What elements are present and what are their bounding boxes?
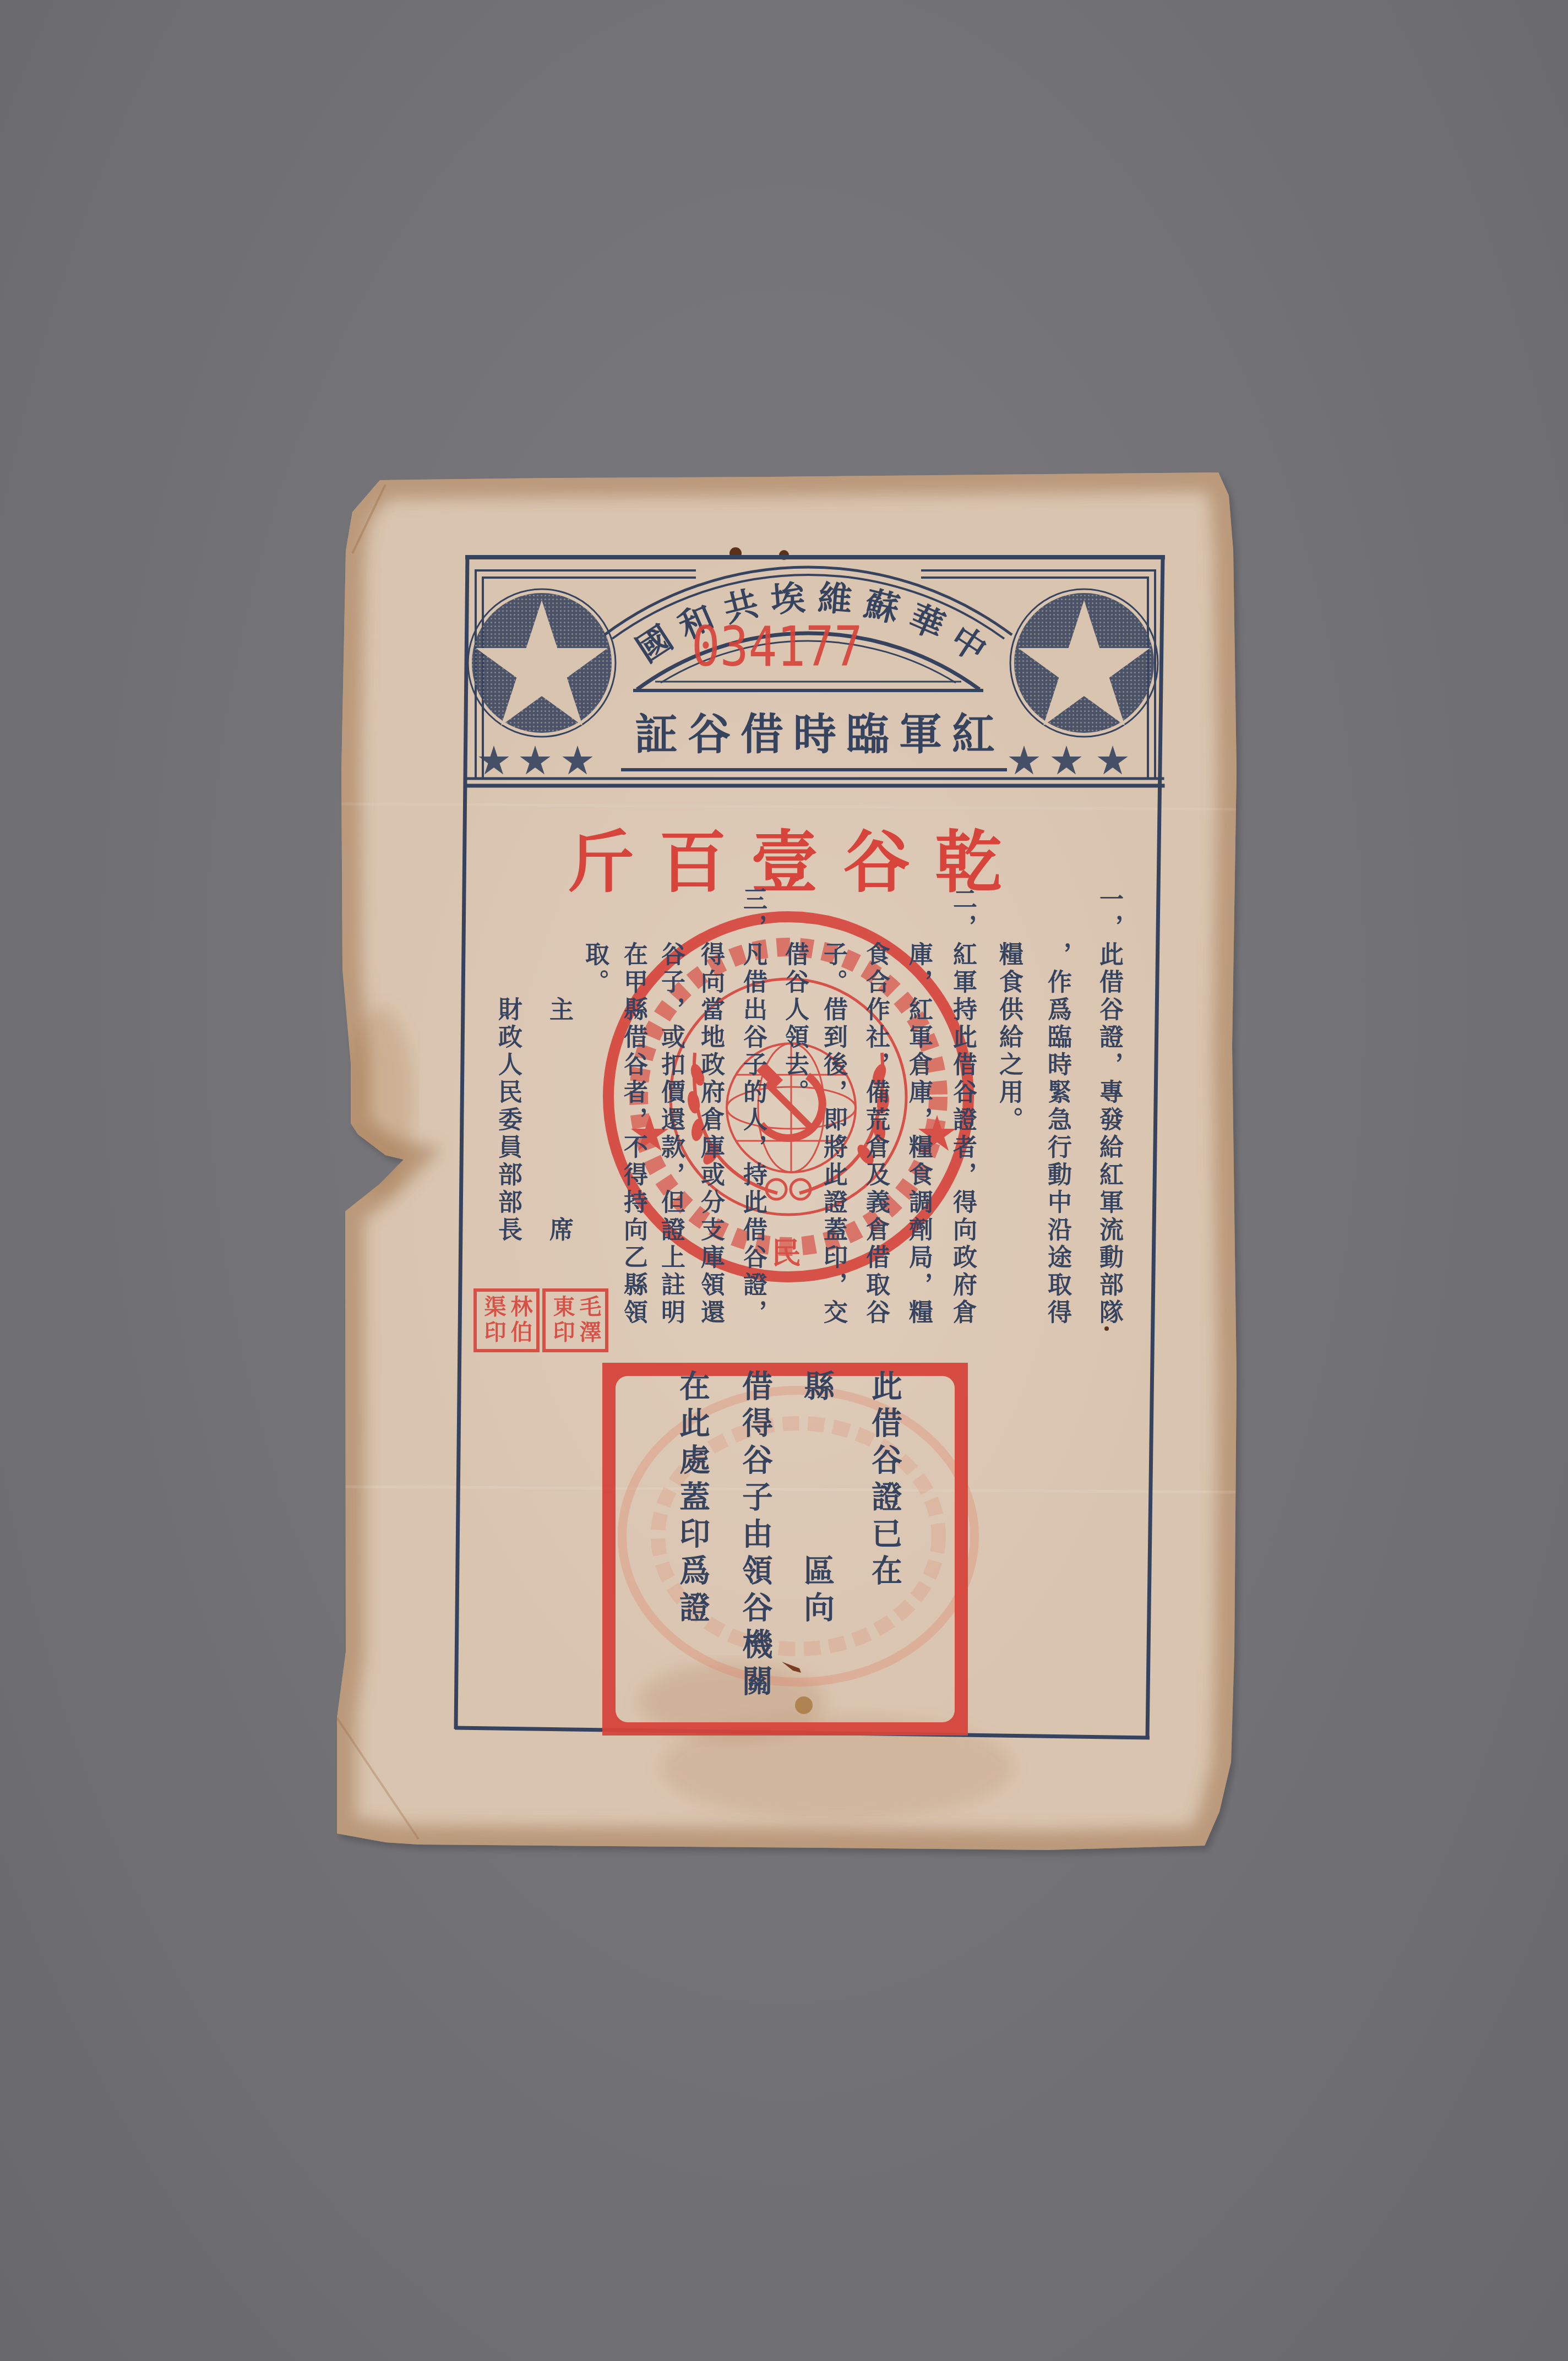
serial-number: 034177 xyxy=(692,619,863,674)
arch-title-char: 埃 xyxy=(767,579,808,619)
stain-spot xyxy=(795,1696,813,1714)
receipt-line-1: 此借谷證已在 xyxy=(868,1370,901,1591)
clause-2-line-5: 借谷人領去。 xyxy=(782,942,807,1107)
certificate-artwork: 民 xyxy=(0,0,1568,2361)
seal-legible-char: 民 xyxy=(771,1236,801,1271)
emblem-star-left-icon xyxy=(468,589,616,737)
photo-backdrop: 民 中華蘇維埃共和國 034177 紅軍臨時借谷証 乾谷壹百斤 一，此借谷證，專… xyxy=(0,0,1568,2361)
emblem-star-right-icon xyxy=(1010,589,1158,737)
arch-title-char: 維 xyxy=(815,579,855,619)
clause-3-line-5: 取。 xyxy=(582,942,607,997)
clause-3-line-3: 谷子，或扣價還款，但證上註明 xyxy=(658,942,683,1327)
chairman-title: 主席 xyxy=(546,997,571,1437)
clause-3-line-4: 在甲縣借谷者，不得持向乙縣領 xyxy=(620,942,646,1327)
clause-2-line-3: 食合作社，備荒倉及義倉借取谷 xyxy=(863,942,888,1327)
clause-1-line-1: 一，此借谷證，專發給紅軍流動部隊 xyxy=(1096,886,1121,1327)
clause-1-line-2: ，作爲臨時緊急行動中沿途取得 xyxy=(1044,942,1070,1327)
finance-minister-title: 財政人民委員部部長 xyxy=(495,997,520,1244)
receipt-line-4: 在此處蓋印爲證 xyxy=(676,1370,709,1628)
clause-1-line-3: 糧食供給之用。 xyxy=(996,942,1021,1134)
clause-2-line-2: 庫，紅軍倉庫，糧食調劑局，糧 xyxy=(906,942,931,1327)
clause-2-line-1: 二，紅軍持此借谷證者，得向政府倉 xyxy=(950,886,975,1327)
finance-minister-seal: 林伯渠印 xyxy=(473,1288,540,1352)
receipt-line-2: 縣 區向 xyxy=(801,1370,834,1628)
clause-3-line-2: 得向當地政府倉庫或分支庫領還 xyxy=(698,942,723,1327)
clause-3-line-1: 三，凡借出谷子的人，持此借谷證， xyxy=(740,886,765,1327)
clause-2-line-4: 子。借到後，即將此證蓋印，交 xyxy=(820,942,846,1327)
chairman-seal: 毛澤東印 xyxy=(542,1288,608,1352)
certificate-subtitle: 紅軍臨時借谷証 xyxy=(619,710,1005,760)
receipt-line-3: 借得谷子由領谷機關 xyxy=(739,1370,772,1702)
